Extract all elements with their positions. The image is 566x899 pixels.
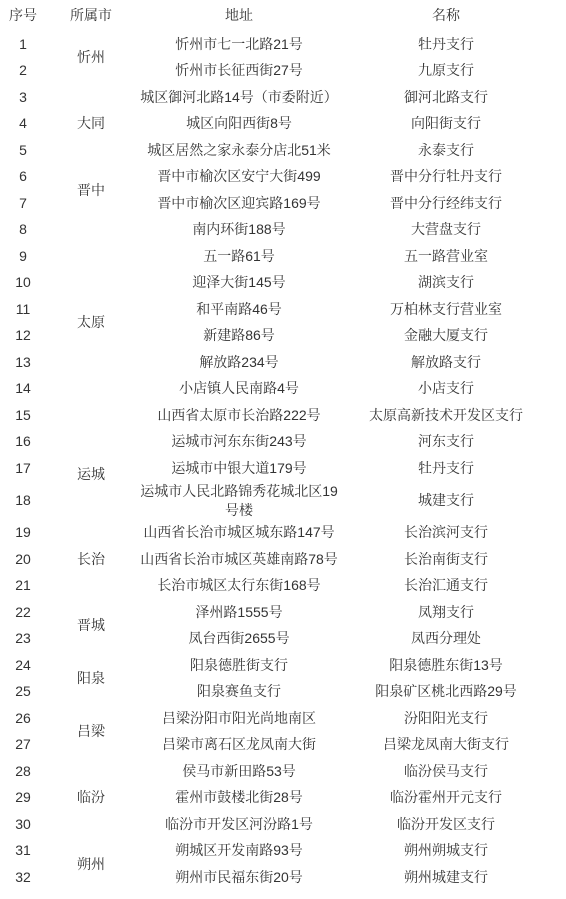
serial-number-cell: 22 — [0, 599, 46, 626]
serial-number-cell: 4 — [0, 111, 46, 138]
address-cell: 城区向阳西街8号 — [136, 111, 342, 138]
header-row: 序号 所属市 地址 名称 — [0, 0, 550, 31]
address-cell: 五一路61号 — [136, 243, 342, 270]
serial-number-cell: 32 — [0, 864, 46, 891]
serial-number-cell: 26 — [0, 705, 46, 732]
city-cell: 太原 — [46, 217, 136, 429]
table-header: 序号 所属市 地址 名称 — [0, 0, 550, 31]
branch-name-cell: 河东支行 — [342, 429, 550, 456]
branch-name-cell: 凤西分理处 — [342, 626, 550, 653]
address-cell: 晋中市榆次区迎宾路169号 — [136, 190, 342, 217]
serial-number-cell: 23 — [0, 626, 46, 653]
address-cell: 解放路234号 — [136, 349, 342, 376]
address-cell: 运城市河东东街243号 — [136, 429, 342, 456]
branch-name-cell: 长治南街支行 — [342, 546, 550, 573]
branch-name-cell: 牡丹支行 — [342, 31, 550, 58]
serial-number-cell: 15 — [0, 402, 46, 429]
branch-name-cell: 朔州城建支行 — [342, 864, 550, 891]
serial-number-cell: 28 — [0, 758, 46, 785]
city-cell: 吕梁 — [46, 705, 136, 758]
address-cell: 凤台西街2655号 — [136, 626, 342, 653]
branch-name-cell: 五一路营业室 — [342, 243, 550, 270]
address-cell: 忻州市七一北路21号 — [136, 31, 342, 58]
address-cell: 城区居然之家永泰分店北51米 — [136, 137, 342, 164]
address-cell: 晋中市榆次区安宁大街499 — [136, 164, 342, 191]
city-cell: 晋城 — [46, 599, 136, 652]
serial-number-cell: 27 — [0, 732, 46, 759]
serial-number-cell: 17 — [0, 455, 46, 482]
branch-name-cell: 向阳街支行 — [342, 111, 550, 138]
branch-table: 序号 所属市 地址 名称 1忻州忻州市七一北路21号牡丹支行2忻州市长征西街27… — [0, 0, 550, 891]
city-cell: 阳泉 — [46, 652, 136, 705]
branch-name-cell: 晋中分行牡丹支行 — [342, 164, 550, 191]
address-cell: 长治市城区太行东街168号 — [136, 573, 342, 600]
address-cell: 侯马市新田路53号 — [136, 758, 342, 785]
branch-name-cell: 金融大厦支行 — [342, 323, 550, 350]
city-cell: 忻州 — [46, 31, 136, 84]
serial-number-cell: 9 — [0, 243, 46, 270]
address-cell: 朔城区开发南路93号 — [136, 838, 342, 865]
serial-number-cell: 2 — [0, 58, 46, 85]
serial-number-cell: 10 — [0, 270, 46, 297]
city-cell: 运城 — [46, 429, 136, 520]
city-cell: 大同 — [46, 84, 136, 164]
serial-number-cell: 18 — [0, 482, 46, 520]
branch-name-cell: 御河北路支行 — [342, 84, 550, 111]
serial-number-cell: 31 — [0, 838, 46, 865]
serial-number-cell: 7 — [0, 190, 46, 217]
branch-directory-page: 序号 所属市 地址 名称 1忻州忻州市七一北路21号牡丹支行2忻州市长征西街27… — [0, 0, 566, 899]
serial-number-cell: 11 — [0, 296, 46, 323]
serial-number-cell: 25 — [0, 679, 46, 706]
address-cell: 城区御河北路14号（市委附近） — [136, 84, 342, 111]
serial-number-cell: 16 — [0, 429, 46, 456]
branch-name-cell: 阳泉矿区桃北西路29号 — [342, 679, 550, 706]
serial-number-cell: 30 — [0, 811, 46, 838]
branch-name-cell: 太原高新技术开发区支行 — [342, 402, 550, 429]
branch-name-cell: 朔州朔城支行 — [342, 838, 550, 865]
branch-name-cell: 小店支行 — [342, 376, 550, 403]
branch-name-cell: 牡丹支行 — [342, 455, 550, 482]
address-cell: 朔州市民福东街20号 — [136, 864, 342, 891]
table-row: 19长治山西省长治市城区城东路147号长治滨河支行 — [0, 520, 550, 547]
branch-name-cell: 临汾侯马支行 — [342, 758, 550, 785]
table-body: 1忻州忻州市七一北路21号牡丹支行2忻州市长征西街27号九原支行3大同城区御河北… — [0, 31, 550, 891]
branch-name-cell: 永泰支行 — [342, 137, 550, 164]
city-cell: 长治 — [46, 520, 136, 600]
city-cell: 晋中 — [46, 164, 136, 217]
header-address: 地址 — [136, 0, 342, 31]
address-cell: 霍州市鼓楼北街28号 — [136, 785, 342, 812]
branch-name-cell: 长治汇通支行 — [342, 573, 550, 600]
branch-name-cell: 阳泉德胜东街13号 — [342, 652, 550, 679]
table-row: 1忻州忻州市七一北路21号牡丹支行 — [0, 31, 550, 58]
table-row: 16运城运城市河东东街243号河东支行 — [0, 429, 550, 456]
header-serial-number: 序号 — [0, 0, 46, 31]
serial-number-cell: 8 — [0, 217, 46, 244]
city-cell: 朔州 — [46, 838, 136, 891]
address-cell: 和平南路46号 — [136, 296, 342, 323]
address-cell: 小店镇人民南路4号 — [136, 376, 342, 403]
branch-name-cell: 城建支行 — [342, 482, 550, 520]
address-cell: 山西省太原市长治路222号 — [136, 402, 342, 429]
address-cell: 泽州路1555号 — [136, 599, 342, 626]
address-cell: 山西省长治市城区英雄南路78号 — [136, 546, 342, 573]
branch-name-cell: 吕梁龙凤南大街支行 — [342, 732, 550, 759]
address-cell: 山西省长治市城区城东路147号 — [136, 520, 342, 547]
serial-number-cell: 14 — [0, 376, 46, 403]
serial-number-cell: 24 — [0, 652, 46, 679]
table-row: 31朔州朔城区开发南路93号朔州朔城支行 — [0, 838, 550, 865]
serial-number-cell: 6 — [0, 164, 46, 191]
address-cell: 吕梁市离石区龙凤南大街 — [136, 732, 342, 759]
address-cell: 迎泽大街145号 — [136, 270, 342, 297]
table-row: 28临汾侯马市新田路53号临汾侯马支行 — [0, 758, 550, 785]
table-row: 24阳泉阳泉德胜街支行阳泉德胜东街13号 — [0, 652, 550, 679]
serial-number-cell: 5 — [0, 137, 46, 164]
table-row: 3大同城区御河北路14号（市委附近）御河北路支行 — [0, 84, 550, 111]
branch-name-cell: 凤翔支行 — [342, 599, 550, 626]
branch-name-cell: 临汾霍州开元支行 — [342, 785, 550, 812]
serial-number-cell: 29 — [0, 785, 46, 812]
serial-number-cell: 13 — [0, 349, 46, 376]
table-row: 22晋城泽州路1555号凤翔支行 — [0, 599, 550, 626]
address-cell: 阳泉赛鱼支行 — [136, 679, 342, 706]
table-row: 6晋中晋中市榆次区安宁大街499晋中分行牡丹支行 — [0, 164, 550, 191]
address-cell: 运城市人民北路锦秀花城北区19号楼 — [136, 482, 342, 520]
address-cell: 阳泉德胜街支行 — [136, 652, 342, 679]
header-branch-name: 名称 — [342, 0, 550, 31]
serial-number-cell: 12 — [0, 323, 46, 350]
branch-name-cell: 长治滨河支行 — [342, 520, 550, 547]
branch-name-cell: 临汾开发区支行 — [342, 811, 550, 838]
serial-number-cell: 20 — [0, 546, 46, 573]
branch-name-cell: 大营盘支行 — [342, 217, 550, 244]
address-cell: 南内环街188号 — [136, 217, 342, 244]
branch-name-cell: 汾阳阳光支行 — [342, 705, 550, 732]
branch-name-cell: 九原支行 — [342, 58, 550, 85]
address-cell: 忻州市长征西街27号 — [136, 58, 342, 85]
serial-number-cell: 3 — [0, 84, 46, 111]
address-cell: 新建路86号 — [136, 323, 342, 350]
serial-number-cell: 19 — [0, 520, 46, 547]
serial-number-cell: 1 — [0, 31, 46, 58]
branch-name-cell: 解放路支行 — [342, 349, 550, 376]
address-cell: 吕梁汾阳市阳光尚地南区 — [136, 705, 342, 732]
address-cell: 运城市中银大道179号 — [136, 455, 342, 482]
table-row: 8太原南内环街188号大营盘支行 — [0, 217, 550, 244]
branch-name-cell: 晋中分行经纬支行 — [342, 190, 550, 217]
branch-name-cell: 湖滨支行 — [342, 270, 550, 297]
serial-number-cell: 21 — [0, 573, 46, 600]
header-city: 所属市 — [46, 0, 136, 31]
table-row: 26吕梁吕梁汾阳市阳光尚地南区汾阳阳光支行 — [0, 705, 550, 732]
branch-name-cell: 万柏林支行营业室 — [342, 296, 550, 323]
address-cell: 临汾市开发区河汾路1号 — [136, 811, 342, 838]
city-cell: 临汾 — [46, 758, 136, 838]
